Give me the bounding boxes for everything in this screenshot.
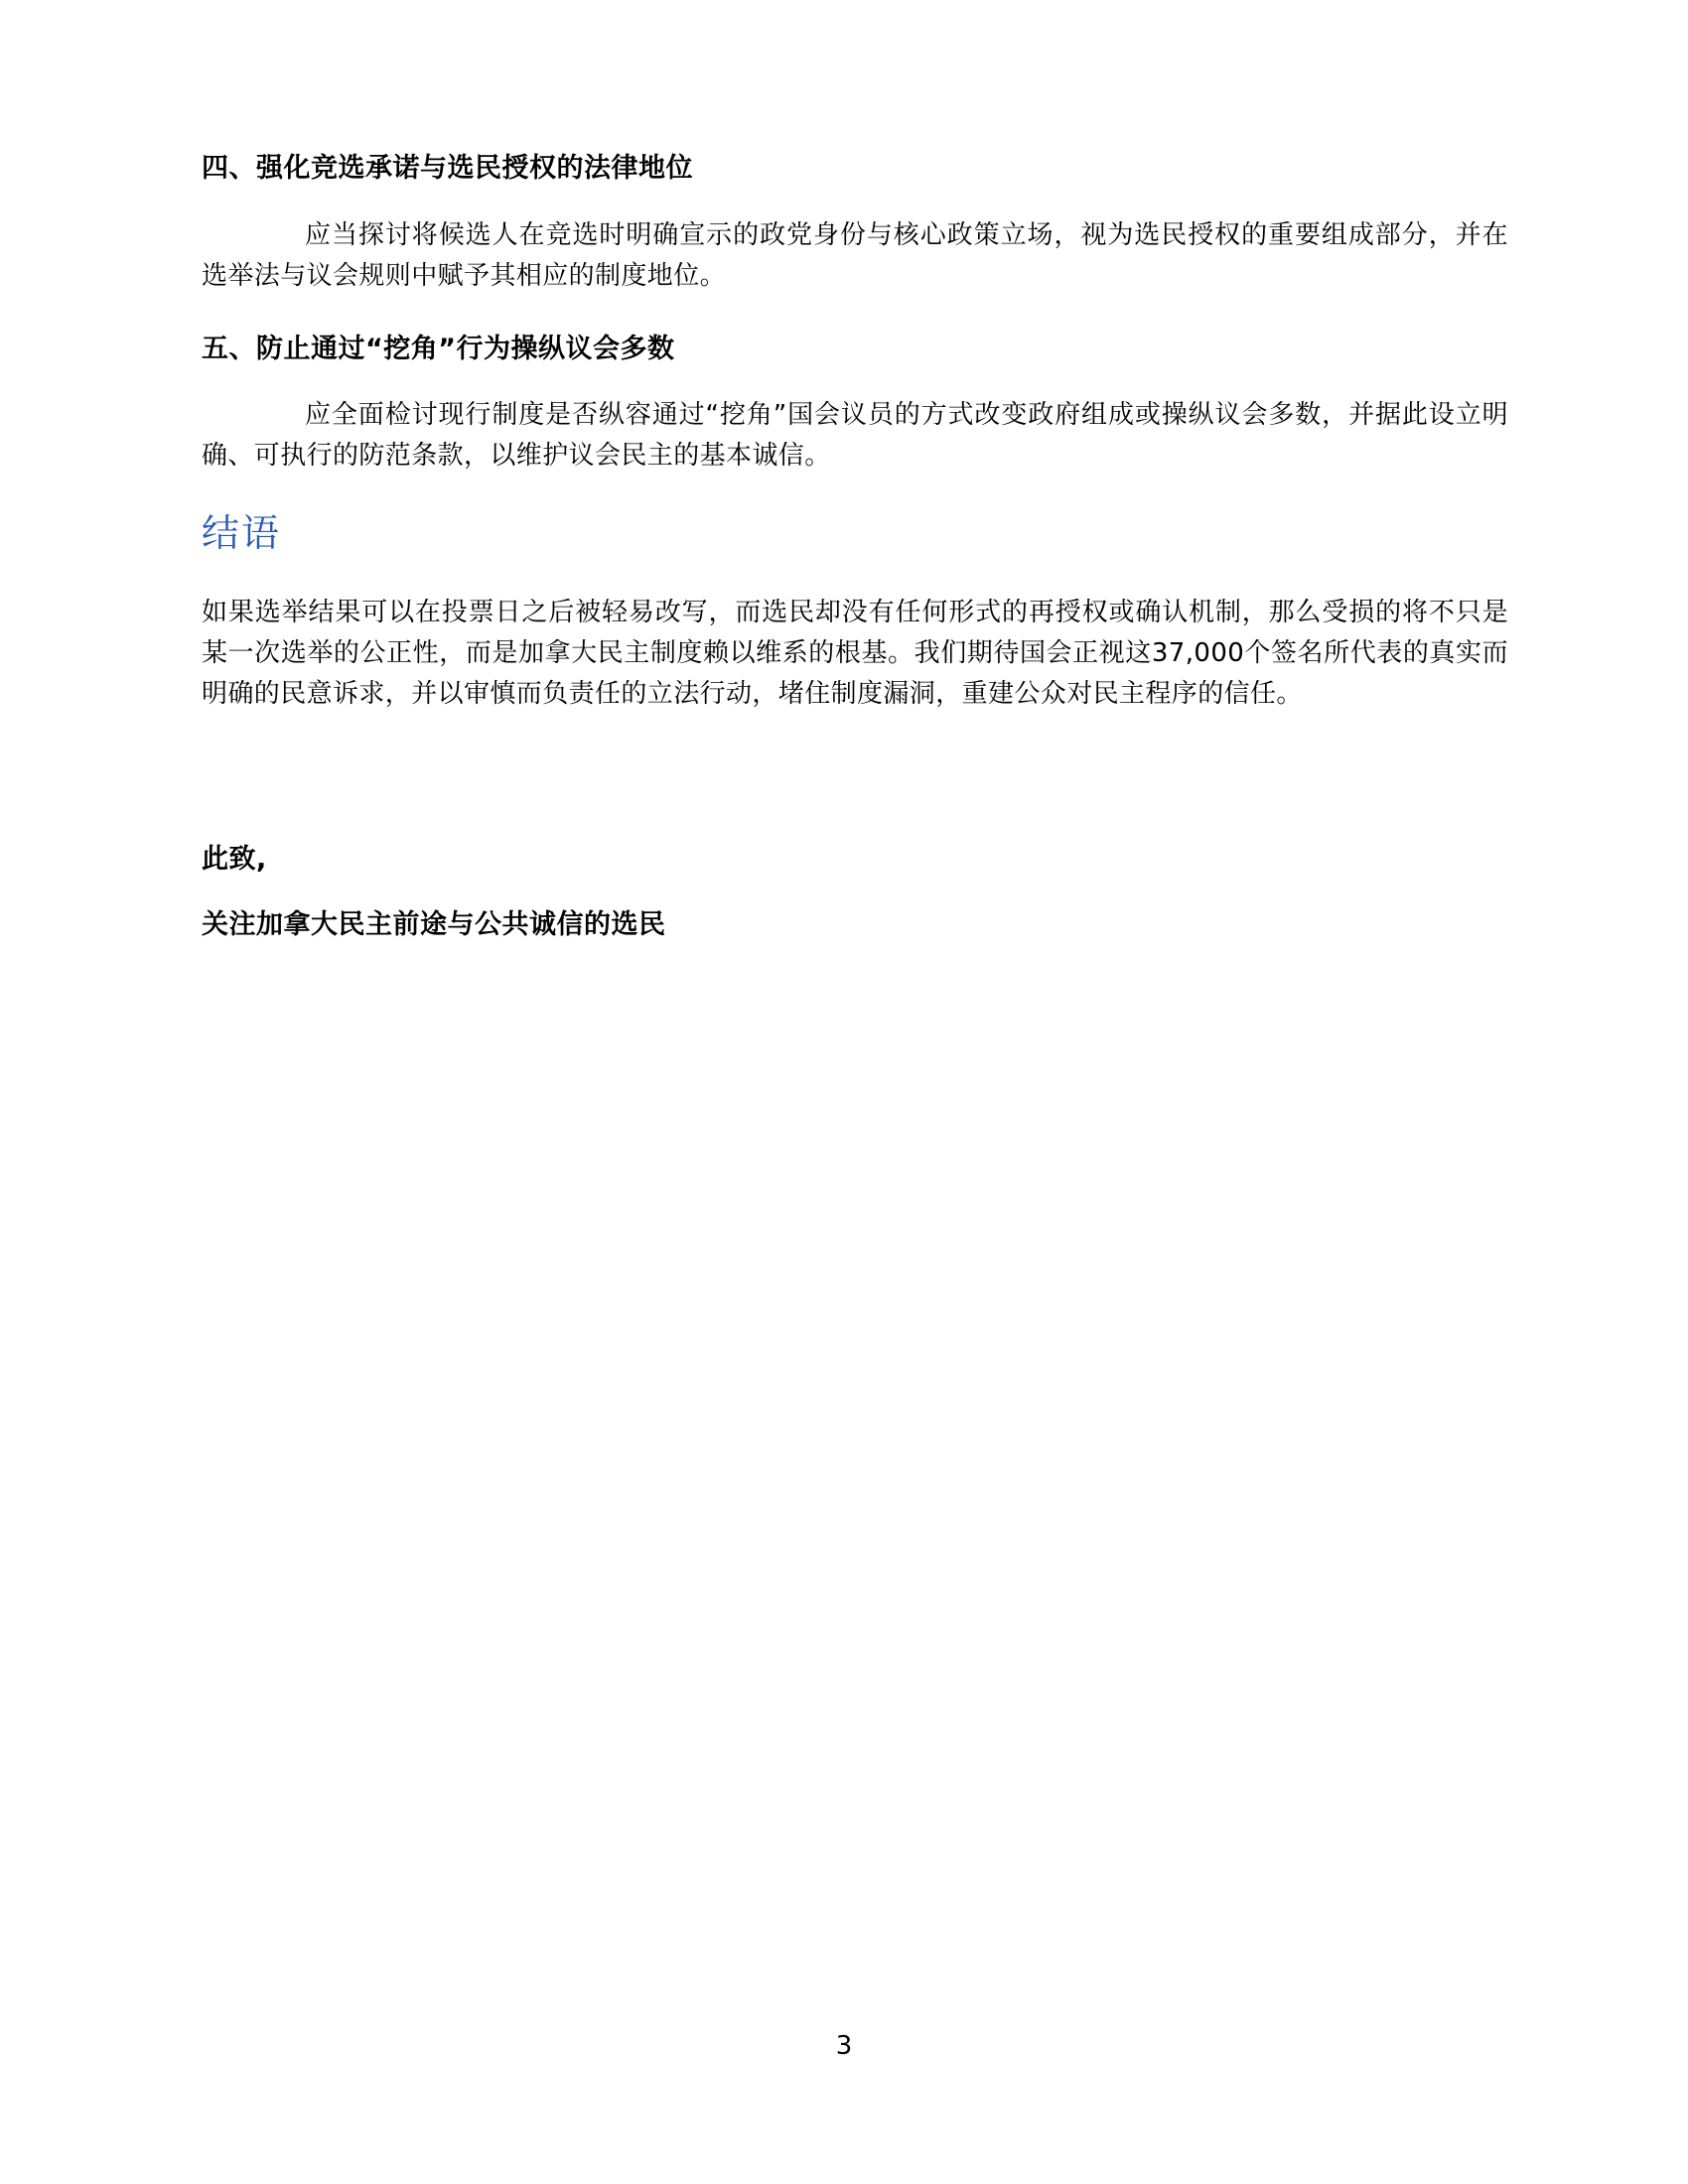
salutation: 此致, (202, 840, 1508, 880)
section-paragraph-4: 应当探讨将候选人在竞选时明确宣示的政党身份与核心政策立场，视为选民授权的重要组成… (202, 215, 1508, 297)
section-heading-5: 五、防止通过“挖角”行为操纵议会多数 (202, 330, 1508, 369)
page-number: 3 (0, 2030, 1688, 2062)
conclusion-heading: 结语 (202, 509, 1508, 557)
document-page: 四、强化竞选承诺与选民授权的法律地位 应当探讨将候选人在竞选时明确宣示的政党身份… (0, 0, 1688, 2184)
conclusion-paragraph: 如果选举结果可以在投票日之后被轻易改写，而选民却没有任何形式的再授权或确认机制，… (202, 593, 1508, 715)
signature: 关注加拿大民主前途与公共诚信的选民 (202, 905, 1508, 945)
section-paragraph-5: 应全面检讨现行制度是否纵容通过“挖角”国会议员的方式改变政府组成或操纵议会多数，… (202, 395, 1508, 477)
section-heading-4: 四、强化竞选承诺与选民授权的法律地位 (202, 149, 1508, 189)
